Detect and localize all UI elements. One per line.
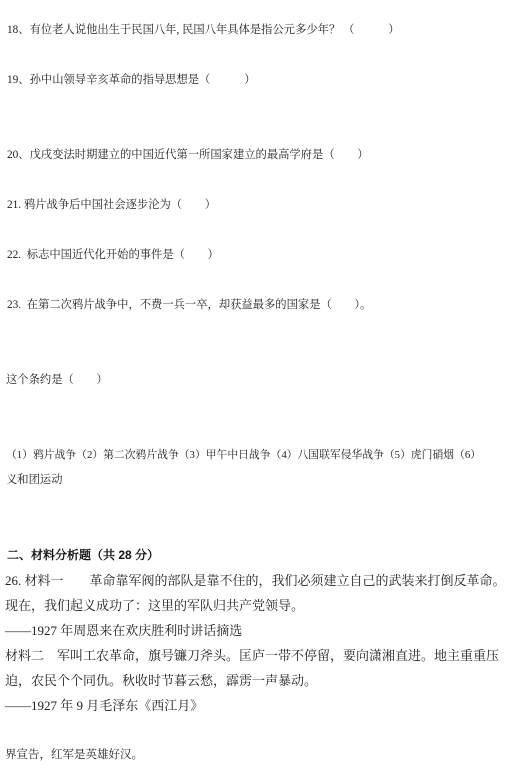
question-23-options-row: A、俄国B、英国C、法国D、美国 xyxy=(0,318,526,343)
question-25-options-row-2: C、(2)(3)(4)(5)(6)D、(4)(5)(6) xyxy=(0,518,526,543)
question-22-options-row: A. 新文化运动B. 洋务运动C . 辛亥革命D. 五四运动 xyxy=(0,268,526,293)
question-25-options-row-1: A、(1)(2)(4)B、(2)(3)(4)(6) xyxy=(0,493,526,518)
question-18-stem: 18、有位老人说他出生于民国八年, 民国八年具体是指公元多少年？ （ ） xyxy=(0,18,526,43)
exam-document: 18、有位老人说他出生于民国八年, 民国八年具体是指公元多少年？ （ ） A. … xyxy=(0,0,526,779)
question-24-stem-line-1: 24. 该条约签订后，清政府成为帝国主义统治中国的工具，中国社会完全沦为半殖民地… xyxy=(0,343,526,368)
material-1-line-2: 现在，我们起义成功了：这里的军队归共产党领导。 xyxy=(0,593,526,618)
question-24-options-row: A. 《南京条约》B. 《北京条约》C. 《马关条约》D. 《辛丑条约》 xyxy=(0,393,526,418)
material-2-line-2: 迫，农民个个同仇。秋收时节暮云愁，霹雳一声暴动。 xyxy=(0,668,526,693)
question-23: 23. 在第二次鸦片战争中，不费一兵一卒，却获益最多的国家是（ ）。 A、俄国B… xyxy=(0,293,526,343)
material-2-line-1: 材料二 军叫工农革命，旗号镰刀斧头。匡庐一带不停留，要向潇湘直进。地主重重压 xyxy=(0,643,526,668)
question-19: 19、孙中山领导辛亥革命的指导思想是（ ） A、建立民国，平均地权B、三民主义 … xyxy=(0,68,526,143)
question-21: 21. 鸦片战争后中国社会逐步沦为（ ） A. 封建社会B. 殖民地C. 半殖民… xyxy=(0,193,526,243)
question-22-stem: 22. 标志中国近代化开始的事件是（ ） xyxy=(0,243,526,268)
question-18-options-row: A. 1918 年B. 1919 年C. 1920 年D. 1921 年 xyxy=(0,43,526,68)
question-24: 24. 该条约签订后，清政府成为帝国主义统治中国的工具，中国社会完全沦为半殖民地… xyxy=(0,343,526,418)
question-19-options-row-2: C、马列主义D、联俄联共扶助农工 xyxy=(0,118,526,143)
question-20: 20、戊戌变法时期建立的中国近代第一所国家建立的最高学府是（ ） A. 京师同文… xyxy=(0,143,526,193)
material-1-source: ——1927 年周恩来在欢庆胜利时讲话摘选 xyxy=(0,618,526,643)
question-24-stem-line-2: 这个条约是（ ） xyxy=(0,368,526,393)
question-21-options-row: A. 封建社会B. 殖民地C. 半殖民地半封建社会D. 资本主义社会 xyxy=(0,218,526,243)
question-20-options-row: A. 京师同文馆B. 京师大学堂C. 福州船政学堂D. 长沙时务学堂 xyxy=(0,168,526,193)
section-2-heading: 二、材料分析题（共 28 分） xyxy=(0,543,526,568)
question-25: 25. 一位老人生于1850 年，卒于 1902 年，他这一生可能经历的事件有（… xyxy=(0,418,526,543)
question-22: 22. 标志中国近代化开始的事件是（ ） A. 新文化运动B. 洋务运动C . … xyxy=(0,243,526,293)
question-19-options-row-1: A、建立民国，平均地权B、三民主义 xyxy=(0,93,526,118)
question-18: 18、有位老人说他出生于民国八年, 民国八年具体是指公元多少年？ （ ） A. … xyxy=(0,18,526,68)
question-19-stem: 19、孙中山领导辛亥革命的指导思想是（ ） xyxy=(0,68,526,93)
question-21-stem: 21. 鸦片战争后中国社会逐步沦为（ ） xyxy=(0,193,526,218)
question-23-stem: 23. 在第二次鸦片战争中，不费一兵一卒，却获益最多的国家是（ ）。 xyxy=(0,293,526,318)
question-25-items-line-1: （1）鸦片战争（2）第二次鸦片战争（3）甲午中日战争（4）八国联军侵华战争（5）… xyxy=(0,443,526,468)
question-20-stem: 20、戊戌变法时期建立的中国近代第一所国家建立的最高学府是（ ） xyxy=(0,143,526,168)
question-25-stem: 25. 一位老人生于1850 年，卒于 1902 年，他这一生可能经历的事件有（… xyxy=(0,418,526,443)
material-2-source: ——1927 年 9 月毛泽东《西江月》 xyxy=(0,693,526,718)
material-3-line-1: 材料三 长征是历史纪录上的第一次，长征是宣言书，长征是宣传队，长征是播种机。它向… xyxy=(0,718,526,743)
material-3-line-2: 界宣告，红军是英雄好汉。 xyxy=(0,743,526,768)
question-26: 26. 材料一 革命靠军阀的部队是靠不住的，我们必须建立自己的武装来打倒反革命。… xyxy=(0,568,526,768)
question-25-items-line-2: 义和团运动 xyxy=(0,468,526,493)
material-1-line-1: 26. 材料一 革命靠军阀的部队是靠不住的，我们必须建立自己的武装来打倒反革命。 xyxy=(0,568,526,593)
